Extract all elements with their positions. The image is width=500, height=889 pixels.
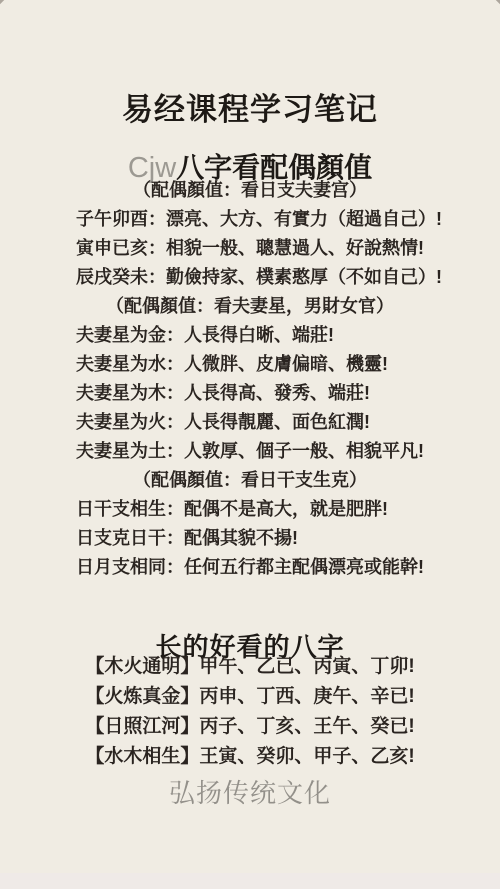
note-line: 夫妻星为水：人微胖、皮膚偏暗、機靈! [0,350,500,379]
section-header-stem-branch: （配偶顏值：看日干支生克） [0,466,500,495]
bazi-line: 【水木相生】王寅、癸卯、甲子、乙亥! [0,742,500,772]
note-line: 夫妻星为火：人長得靚麗、面色紅潤! [0,408,500,437]
footer-watermark: 弘扬传统文化 [0,777,500,809]
note-line: 夫妻星为木：人長得高、發秀、端莊! [0,379,500,408]
note-line: 日月支相同：任何五行都主配偶漂亮或能幹! [0,553,500,582]
page-title: 易经课程学习笔记 [0,91,500,129]
photo-corner-artifact-left [0,0,4,4]
photo-bottom-edge [0,873,500,889]
note-line: 日支克日干：配偶其貌不揚! [0,524,500,553]
section-header-spouse-star: （配偶顏值：看夫妻星，男財女官） [0,292,500,321]
note-line: 夫妻星为土：人敦厚、個子一般、相貌平凡! [0,437,500,466]
section-header-day-branch: （配偶顏值：看日支夫妻宫） [0,176,500,205]
bazi-line: 【日照江河】丙子、丁亥、王午、癸已! [0,712,500,742]
note-line: 夫妻星为金：人長得白晰、端莊! [0,321,500,350]
note-line: 寅申已亥：相貌一般、聰慧過人、好說熱情! [0,234,500,263]
note-image-page: { "page": { "title": "易经课程学习笔记", "subtit… [0,0,500,889]
bazi-list: 【木火通明】甲午、乙已、丙寅、丁卯! 【火炼真金】丙申、丁西、庚午、辛已! 【日… [0,652,500,772]
note-line: 辰戌癸未：勤儉持家、樸素憨厚（不如自己）! [0,263,500,292]
bazi-line: 【火炼真金】丙申、丁西、庚午、辛已! [0,682,500,712]
bazi-line: 【木火通明】甲午、乙已、丙寅、丁卯! [0,652,500,682]
notes-block: （配偶顏值：看日支夫妻宫） 子午卯酉：漂亮、大方、有實力（超過自己）! 寅申已亥… [0,176,500,582]
note-line: 日干支相生：配偶不是高大，就是肥胖! [0,495,500,524]
note-line: 子午卯酉：漂亮、大方、有實力（超過自己）! [0,205,500,234]
photo-corner-artifact-right [496,0,500,4]
